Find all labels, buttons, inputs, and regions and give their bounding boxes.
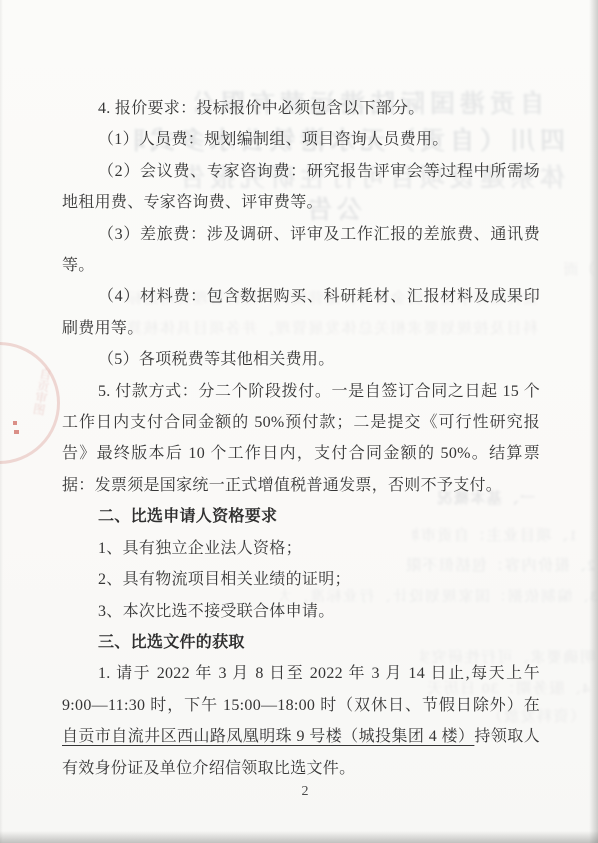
page-number: 2 <box>0 784 598 800</box>
heading-applicant-qualification: 二、比选申请人资格要求 <box>62 501 540 532</box>
red-ink-mark <box>14 430 19 434</box>
item-qualification-3: 3、本次比选不接受联合体申请。 <box>62 596 540 627</box>
heading-document-acquisition: 三、比选文件的获取 <box>62 627 540 658</box>
scanned-document-page: 自贡港国际陆港运营有限公司 四川（自贡）无水港铁公水多式联运物流 体系建设项目可… <box>0 0 598 843</box>
stamp-text: 自贡审图 <box>25 366 53 438</box>
para-meeting-fee: （2）会议费、专家咨询费：研究报告评审会等过程中所需场地租用费、专家咨询费、评审… <box>62 156 540 219</box>
address-underlined: 自贡市自流井区西山路凤凰明珠 9 号楼（城投集团 4 楼） <box>62 728 474 745</box>
scan-edge-bottom <box>0 831 598 843</box>
item-qualification-2: 2、具有物流项目相关业绩的证明； <box>62 564 540 595</box>
acquisition-prefix: 1. 请于 2022 年 3 月 8 日至 2022 年 3 月 14 日止,每… <box>62 665 540 713</box>
para-quote-requirement: 4. 报价要求：投标报价中必须包含以下部分。 <box>62 93 540 124</box>
bleedthrough-line: ）而 <box>545 258 595 279</box>
para-travel-fee: （3）差旅费：涉及调研、评审及工作汇报的差旅费、通讯费等。 <box>62 219 540 282</box>
para-personnel-fee: （1）人员费：规划编制组、项目咨询人员费用。 <box>62 124 540 155</box>
item-qualification-1: 1、具有独立企业法人资格； <box>62 533 540 564</box>
para-tax-fee: （5）各项税费等其他相关费用。 <box>62 344 540 375</box>
red-ink-mark <box>13 421 17 425</box>
official-stamp: 自贡审图 <box>0 342 60 464</box>
para-material-fee: （4）材料费：包含数据购买、科研耗材、汇报材料及成果印刷费用等。 <box>62 281 540 344</box>
para-acquisition-details: 1. 请于 2022 年 3 月 8 日至 2022 年 3 月 14 日止,每… <box>62 658 540 784</box>
scan-edge-right <box>589 0 598 843</box>
para-payment-terms: 5. 付款方式：分二个阶段拨付。一是自签订合同之日起 15 个工作日内支付合同金… <box>62 376 540 502</box>
document-body: 4. 报价要求：投标报价中必须包含以下部分。 （1）人员费：规划编制组、项目咨询… <box>62 0 540 784</box>
